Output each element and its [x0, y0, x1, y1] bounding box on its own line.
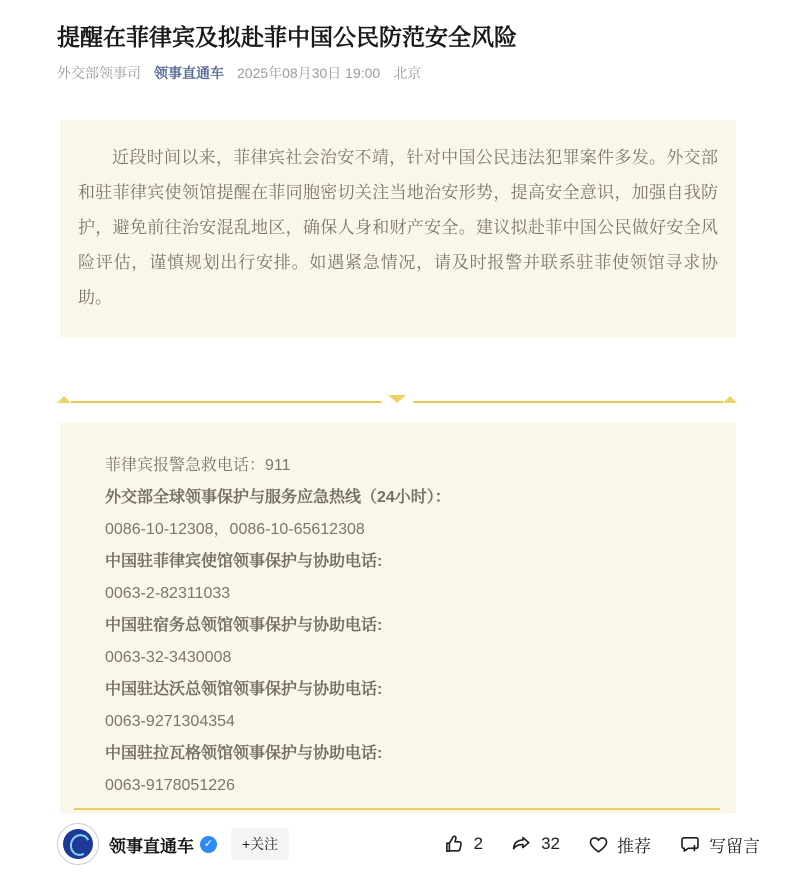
- contact-line: 中国驻菲律宾使馆领事保护与协助电话:: [105, 546, 691, 578]
- consular-express-logo-icon: [63, 829, 93, 859]
- contact-line: 0063-2-82311033: [105, 578, 691, 610]
- action-bar: 2 32 推荐: [444, 832, 760, 857]
- account-name[interactable]: 领事直通车: [109, 832, 194, 857]
- divider-line-right: [413, 401, 723, 403]
- triangle-up-left-icon: [57, 396, 71, 403]
- share-arrow-icon: [510, 833, 534, 856]
- byline-source: 外交部领事司: [57, 63, 141, 83]
- comment-label: 写留言: [709, 832, 760, 857]
- share-button[interactable]: 32: [510, 833, 560, 856]
- article-page: 提醒在菲律宾及拟赴菲中国公民防范安全风险 外交部领事司 领事直通车 2025年0…: [0, 0, 788, 878]
- notice-paragraph: 近段时间以来，菲律宾社会治安不靖，针对中国公民违法犯罪案件多发。外交部和驻菲律宾…: [78, 140, 718, 315]
- account-avatar[interactable]: [57, 823, 99, 865]
- share-count: 32: [541, 834, 560, 854]
- triangle-up-right-icon: [723, 396, 737, 403]
- triangle-down-center-icon: [388, 395, 406, 403]
- comment-bubble-plus-icon: [678, 833, 702, 856]
- follow-button[interactable]: +关注: [231, 828, 289, 860]
- contact-line: 0063-32-3430008: [105, 642, 691, 674]
- page-title: 提醒在菲律宾及拟赴菲中国公民防范安全风险: [57, 22, 737, 52]
- like-count: 2: [474, 834, 483, 854]
- verified-badge-icon: ✓: [200, 836, 217, 853]
- account-info: 领事直通车 ✓ +关注: [57, 823, 289, 865]
- recommend-label: 推荐: [617, 832, 651, 857]
- byline: 外交部领事司 领事直通车 2025年08月30日 19:00 北京: [57, 63, 757, 83]
- article-footer: 领事直通车 ✓ +关注 2 32: [57, 820, 760, 868]
- contact-line: 0063-9271304354: [105, 706, 691, 738]
- byline-datetime: 2025年08月30日 19:00: [237, 63, 380, 83]
- like-button[interactable]: 2: [444, 833, 483, 856]
- contact-line: 菲律宾报警急救电话：911: [105, 450, 691, 482]
- contact-line: 0086-10-12308，0086-10-65612308: [105, 514, 691, 546]
- byline-location: 北京: [393, 63, 421, 83]
- gold-divider: [57, 394, 737, 403]
- safety-notice-box: 近段时间以来，菲律宾社会治安不靖，针对中国公民违法犯罪案件多发。外交部和驻菲律宾…: [60, 120, 736, 337]
- comment-button[interactable]: 写留言: [678, 832, 760, 857]
- emergency-contacts-box: 菲律宾报警急救电话：911 外交部全球领事保护与服务应急热线（24小时）： 00…: [60, 423, 736, 813]
- contact-line: 外交部全球领事保护与服务应急热线（24小时）：: [105, 482, 691, 514]
- recommend-button[interactable]: 推荐: [587, 832, 651, 857]
- byline-account-link[interactable]: 领事直通车: [154, 63, 224, 83]
- heart-icon: [587, 833, 610, 856]
- thumbs-up-icon: [444, 833, 467, 856]
- contact-line: 0063-9178051226: [105, 770, 691, 802]
- contact-line: 中国驻达沃总领馆领事保护与协助电话:: [105, 674, 691, 706]
- contact-line: 中国驻宿务总领馆领事保护与协助电话:: [105, 610, 691, 642]
- contact-line: 中国驻拉瓦格领馆领事保护与协助电话:: [105, 738, 691, 770]
- divider-line-left: [71, 401, 381, 403]
